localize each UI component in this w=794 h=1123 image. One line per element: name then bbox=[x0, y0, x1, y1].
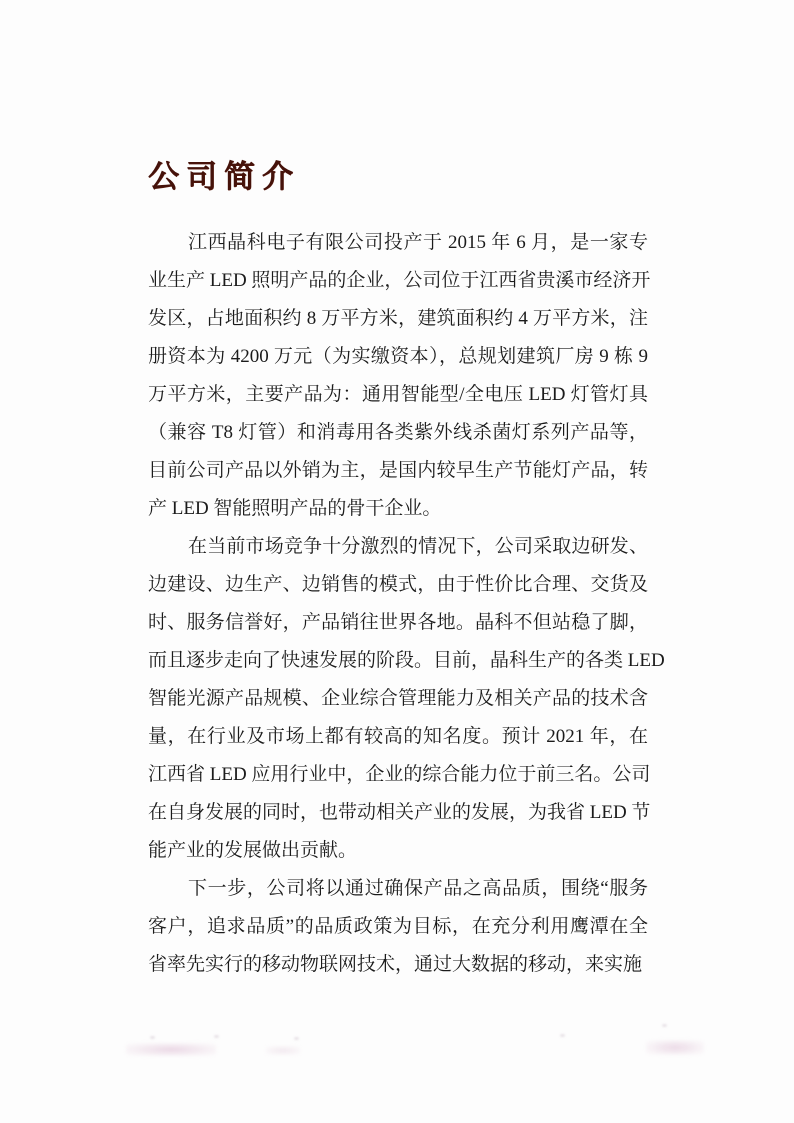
scan-speck bbox=[150, 1036, 155, 1039]
text-line: 边建设、边生产、边销售的模式，由于性价比合理、交货及 bbox=[148, 566, 648, 604]
text-line: 而且逐步走向了快速发展的阶段。目前，晶科生产的各类 LED bbox=[148, 642, 648, 680]
paragraph: 在当前市场竞争十分激烈的情况下，公司采取边研发、边建设、边生产、边销售的模式，由… bbox=[148, 528, 648, 870]
scan-speck bbox=[294, 1037, 299, 1040]
document-title: 公司简介 bbox=[148, 156, 300, 198]
text-line: 目前公司产品以外销为主，是国内较早生产节能灯产品，转 bbox=[148, 452, 648, 490]
text-line: 江西省 LED 应用行业中，企业的综合能力位于前三名。公司 bbox=[148, 756, 648, 794]
text-line: 下一步，公司将以通过确保产品之高品质，围绕“服务 bbox=[148, 870, 648, 908]
text-line: 发区，占地面积约 8 万平方米，建筑面积约 4 万平方米，注 bbox=[148, 300, 648, 338]
scan-speck bbox=[560, 1034, 565, 1037]
text-line: 产 LED 智能照明产品的骨干企业。 bbox=[148, 490, 648, 528]
text-line: 江西晶科电子有限公司投产于 2015 年 6 月，是一家专 bbox=[148, 224, 648, 262]
document-body: 江西晶科电子有限公司投产于 2015 年 6 月，是一家专业生产 LED 照明产… bbox=[148, 224, 648, 984]
document-page: 公司简介 江西晶科电子有限公司投产于 2015 年 6 月，是一家专业生产 LE… bbox=[0, 0, 794, 1123]
scan-smudge bbox=[266, 1046, 300, 1055]
text-line: 万平方米，主要产品为：通用智能型/全电压 LED 灯管灯具 bbox=[148, 376, 648, 414]
text-line: 在自身发展的同时，也带动相关产业的发展，为我省 LED 节 bbox=[148, 794, 648, 832]
text-line: 客户，追求品质”的品质政策为目标，在充分利用鹰潭在全 bbox=[148, 908, 648, 946]
text-line: 智能光源产品规模、企业综合管理能力及相关产品的技术含 bbox=[148, 680, 648, 718]
text-line: 在当前市场竞争十分激烈的情况下，公司采取边研发、 bbox=[148, 528, 648, 566]
scan-smudge bbox=[646, 1040, 704, 1055]
text-line: 省率先实行的移动物联网技术，通过大数据的移动，来实施 bbox=[148, 946, 648, 984]
scan-speck bbox=[662, 1024, 667, 1027]
paragraph: 下一步，公司将以通过确保产品之高品质，围绕“服务客户，追求品质”的品质政策为目标… bbox=[148, 870, 648, 984]
paragraph: 江西晶科电子有限公司投产于 2015 年 6 月，是一家专业生产 LED 照明产… bbox=[148, 224, 648, 528]
text-line: 量，在行业及市场上都有较高的知名度。预计 2021 年，在 bbox=[148, 718, 648, 756]
text-line: （兼容 T8 灯管）和消毒用各类紫外线杀菌灯系列产品等， bbox=[148, 414, 648, 452]
scan-smudge bbox=[126, 1043, 216, 1056]
text-line: 时、服务信誉好，产品销往世界各地。晶科不但站稳了脚， bbox=[148, 604, 648, 642]
text-line: 册资本为 4200 万元（为实缴资本），总规划建筑厂房 9 栋 9 bbox=[148, 338, 648, 376]
text-line: 能产业的发展做出贡献。 bbox=[148, 832, 648, 870]
text-line: 业生产 LED 照明产品的企业，公司位于江西省贵溪市经济开 bbox=[148, 262, 648, 300]
scan-speck bbox=[214, 1035, 219, 1038]
